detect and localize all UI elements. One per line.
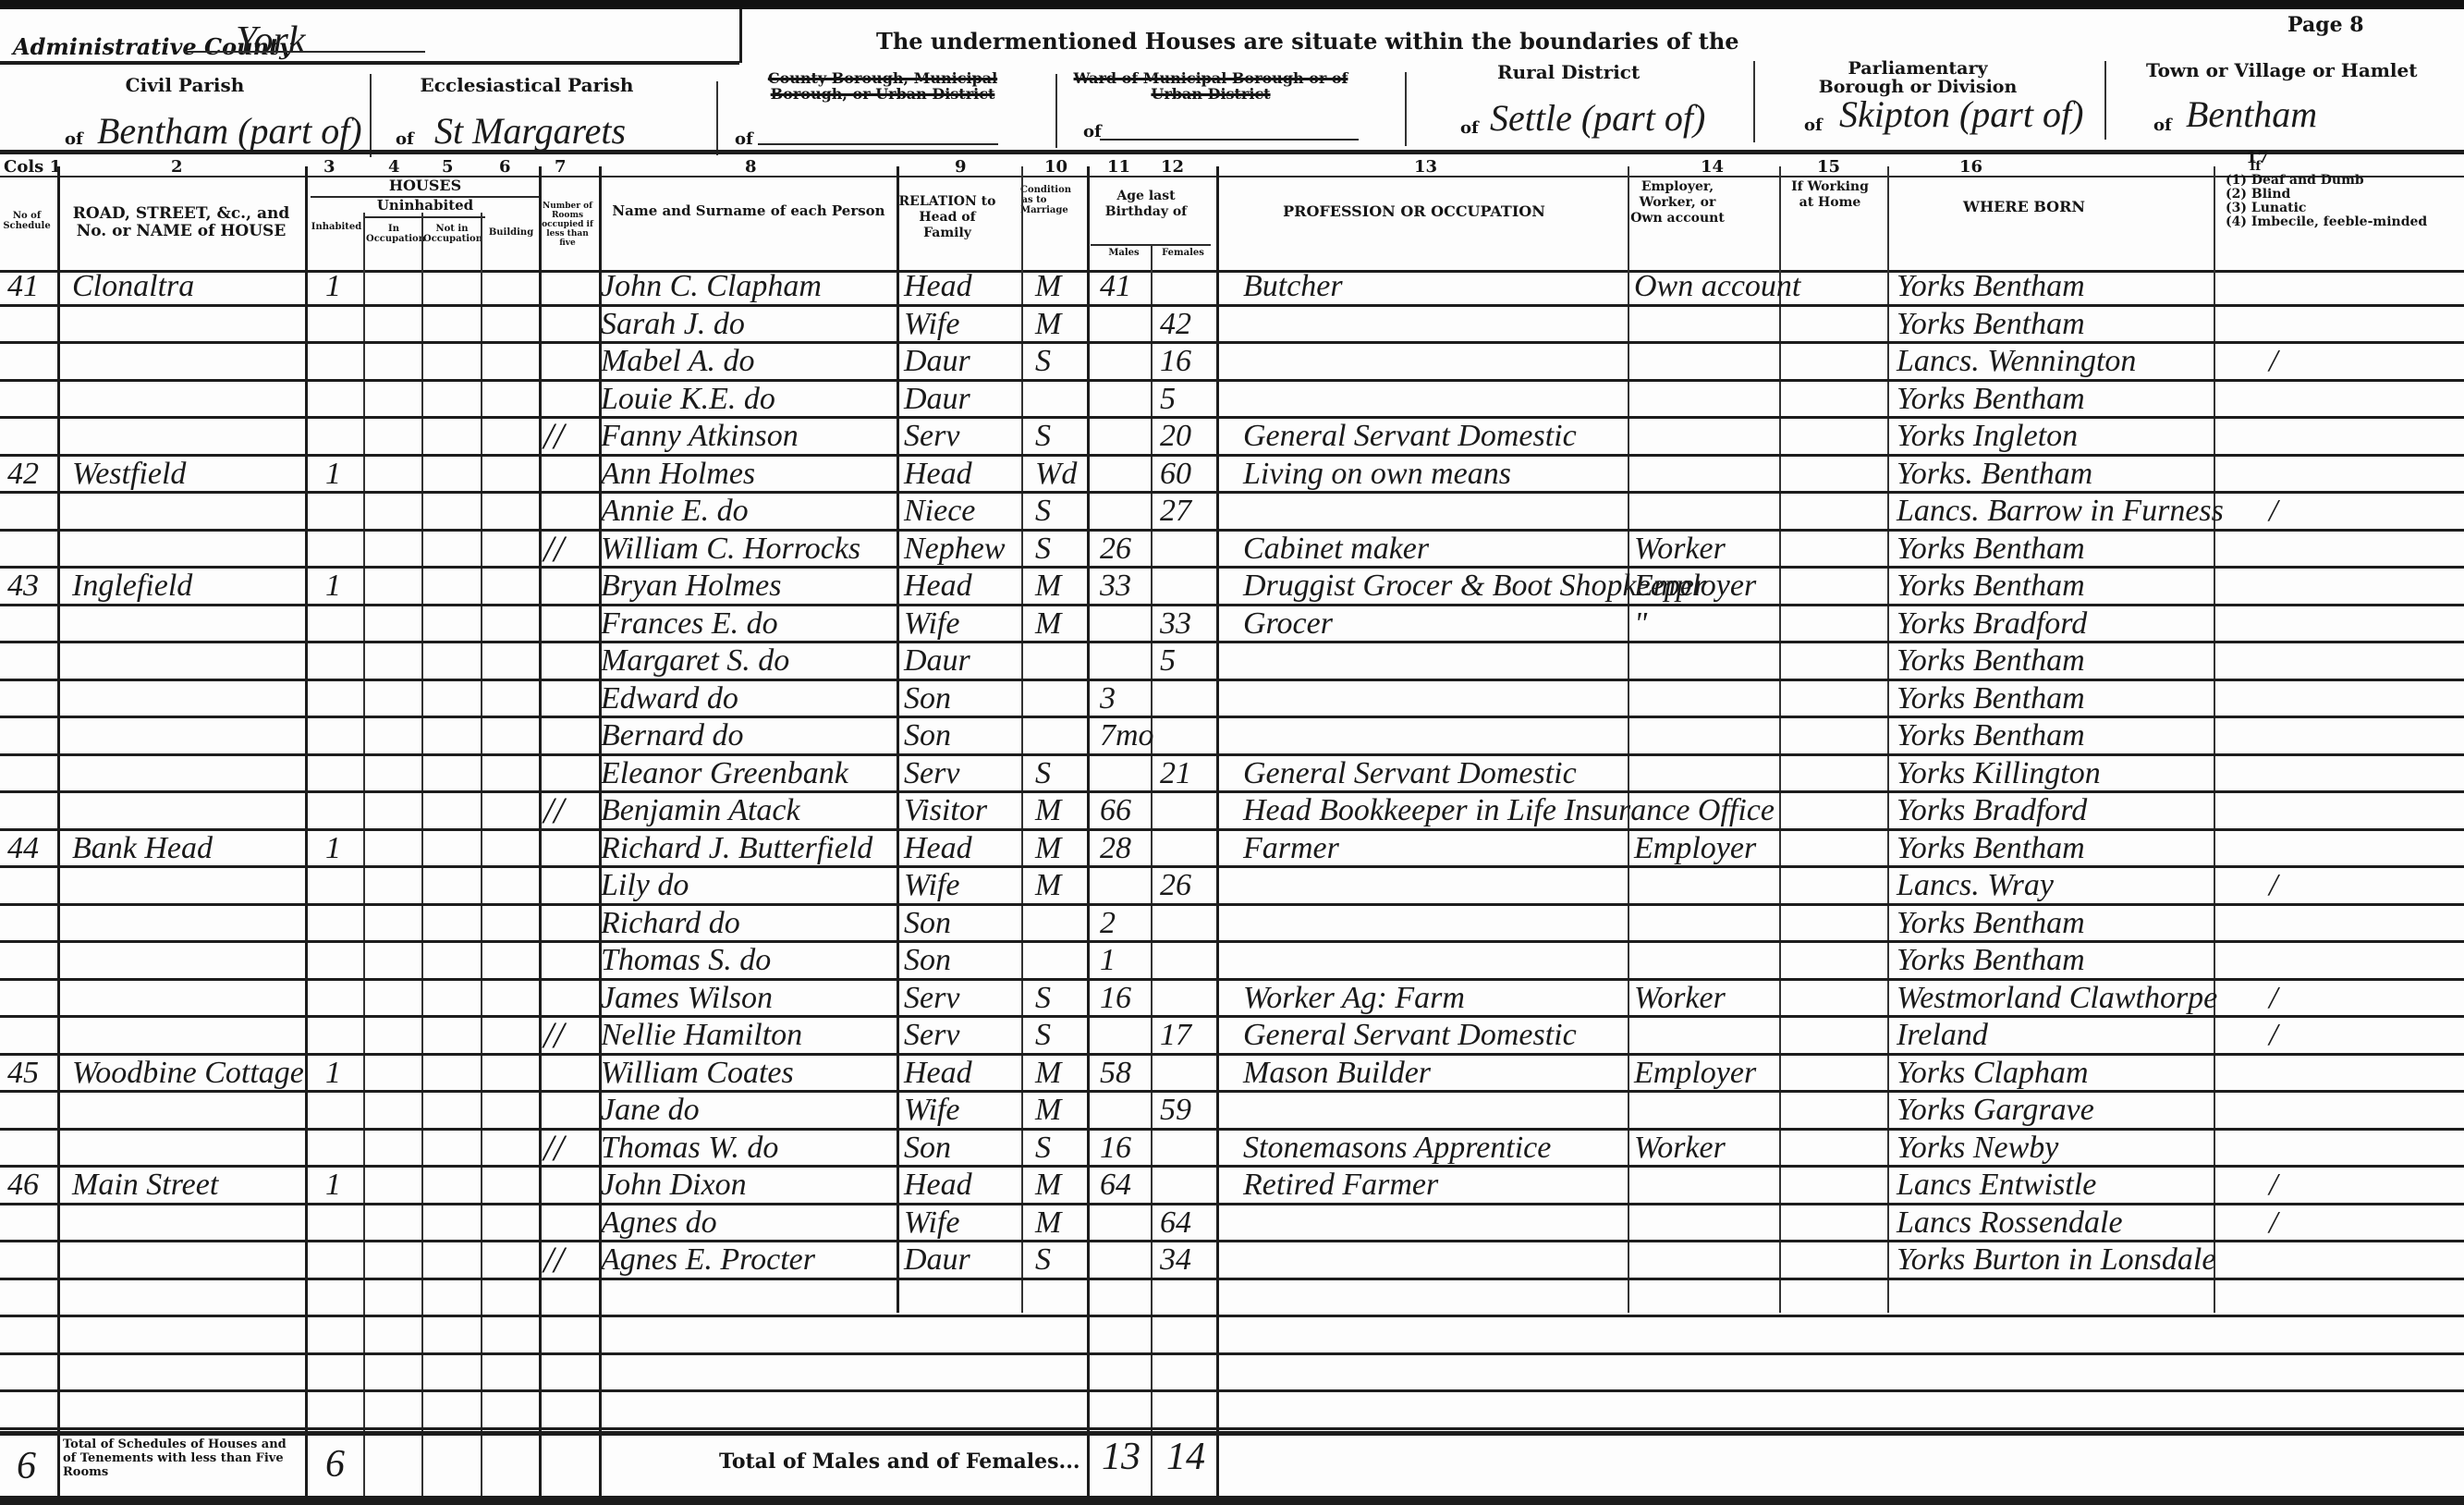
person-name: Bryan Holmes xyxy=(601,568,781,605)
rooms-mark: // xyxy=(543,1130,564,1167)
employment-status: Worker xyxy=(1634,1130,1726,1167)
ecclesiastical-parish-label: Ecclesiastical Parish xyxy=(388,74,665,96)
relation: Head xyxy=(904,1055,972,1092)
person-name: Jane do xyxy=(601,1092,700,1129)
person-name: John C. Clapham xyxy=(601,268,822,305)
civil-parish-value: Bentham (part of) xyxy=(97,109,362,153)
where-born: Lancs. Wray xyxy=(1897,867,2054,904)
col-divider-1 xyxy=(57,166,60,1498)
total-females: 14 xyxy=(1166,1435,1205,1479)
person-name: Sarah J. do xyxy=(601,306,745,343)
inhabited-count: 1 xyxy=(325,830,341,867)
relation: Daur xyxy=(904,1242,970,1279)
house-name: Main Street xyxy=(72,1167,218,1204)
where-born: Yorks Bentham xyxy=(1897,642,2085,679)
where-born: Yorks Bentham xyxy=(1897,531,2085,568)
col-num-3: 3 xyxy=(323,157,335,177)
relation: Wife xyxy=(904,867,959,904)
where-born: Yorks. Bentham xyxy=(1897,456,2092,493)
person-name: Frances E. do xyxy=(601,606,778,642)
col-header-not-in-occupation: Not in Occupation xyxy=(423,224,481,244)
col-divider-13 xyxy=(1628,166,1629,1313)
relation: Wife xyxy=(904,1205,959,1242)
infirmity-mark: / xyxy=(2269,1167,2277,1204)
marital-condition: S xyxy=(1035,531,1051,568)
female-age: 34 xyxy=(1160,1242,1191,1279)
col-header-infirmity: (1) Deaf and Dumb (2) Blind (3) Lunatic … xyxy=(2226,174,2457,229)
occupation: Stonemasons Apprentice xyxy=(1243,1130,1551,1167)
col-header-in-occupation: In Occupation xyxy=(366,224,421,244)
marital-condition: S xyxy=(1035,493,1051,530)
inhabited-count: 1 xyxy=(325,268,341,305)
where-born: Yorks Clapham xyxy=(1897,1055,2089,1092)
col-num-1: Cols 1 xyxy=(4,157,61,177)
relation: Son xyxy=(904,1130,951,1167)
where-born: Lancs. Wennington xyxy=(1897,343,2136,380)
row-rule xyxy=(0,416,2464,419)
col-divider-8 xyxy=(897,166,899,1313)
where-born: Yorks Bentham xyxy=(1897,680,2085,717)
col-num-14: 14 xyxy=(1701,157,1724,177)
col-header-working-home: If Working at Home xyxy=(1784,179,1876,211)
col-header-if: If xyxy=(2237,162,2274,172)
relation: Son xyxy=(904,680,951,717)
person-name: Lily do xyxy=(601,867,689,904)
person-name: Agnes E. Procter xyxy=(601,1242,815,1279)
person-name: John Dixon xyxy=(601,1167,747,1204)
male-age: 16 xyxy=(1100,1130,1131,1167)
empty-row-rule xyxy=(0,1427,2464,1430)
marital-condition: Wd xyxy=(1035,456,1077,493)
house-name: Westfield xyxy=(72,456,186,493)
marital-condition: M xyxy=(1035,1092,1061,1129)
occupation: Head Bookkeeper in Life Insurance Office xyxy=(1243,792,1775,829)
marital-condition: M xyxy=(1035,1055,1061,1092)
col-header-name: Name and Surname of each Person xyxy=(610,203,887,219)
town-village-value: Bentham xyxy=(2186,92,2317,136)
relation: Son xyxy=(904,717,951,754)
ward-underline xyxy=(1100,139,1359,141)
marital-condition: M xyxy=(1035,268,1061,305)
relation: Wife xyxy=(904,306,959,343)
male-age: 3 xyxy=(1100,680,1116,717)
col-header-occupation: PROFESSION OR OCCUPATION xyxy=(1229,203,1599,219)
row-rule xyxy=(0,566,2464,569)
relation: Head xyxy=(904,830,972,867)
where-born: Lancs Rossendale xyxy=(1897,1205,2123,1242)
person-name: Bernard do xyxy=(601,717,744,754)
divider-6 xyxy=(2104,61,2106,140)
female-age: 5 xyxy=(1160,381,1176,418)
col-header-age: Age last Birthday of xyxy=(1100,189,1192,220)
employment-status: Employer xyxy=(1634,568,1756,605)
relation: Serv xyxy=(904,418,959,455)
inhabited-count: 1 xyxy=(325,456,341,493)
person-name: Richard do xyxy=(601,905,740,942)
marital-condition: M xyxy=(1035,1167,1061,1204)
person-name: Thomas S. do xyxy=(601,942,771,979)
row-rule xyxy=(0,679,2464,681)
col-divider-14 xyxy=(1779,166,1781,1313)
parliamentary-borough-of: of xyxy=(1804,116,1823,135)
col-num-10: 10 xyxy=(1044,157,1067,177)
employment-status: " xyxy=(1634,606,1647,642)
relation: Head xyxy=(904,456,972,493)
rooms-mark: // xyxy=(543,1242,564,1279)
admin-county-value: York xyxy=(236,18,306,63)
total-inhabited: 6 xyxy=(325,1442,345,1487)
civil-parish-label: Civil Parish xyxy=(74,74,296,96)
ecclesiastical-parish-value: St Margarets xyxy=(434,109,626,153)
occupation: Farmer xyxy=(1243,830,1339,867)
marital-condition: S xyxy=(1035,343,1051,380)
male-age: 28 xyxy=(1100,830,1131,867)
relation: Serv xyxy=(904,755,959,792)
total-males: 13 xyxy=(1102,1435,1141,1479)
person-name: Benjamin Atack xyxy=(601,792,800,829)
divider-1 xyxy=(370,74,372,157)
row-rule xyxy=(0,940,2464,943)
relation: Son xyxy=(904,905,951,942)
marital-condition: M xyxy=(1035,1205,1061,1242)
marital-condition: M xyxy=(1035,306,1061,343)
rural-district-value: Settle (part of) xyxy=(1490,96,1705,140)
row-rule xyxy=(0,641,2464,643)
total-males-females-label: Total of Males and of Females... xyxy=(719,1450,1080,1474)
where-born: Westmorland Clawthorpe xyxy=(1897,980,2217,1017)
col-divider-5 xyxy=(481,213,482,1498)
relation: Daur xyxy=(904,642,970,679)
male-age: 16 xyxy=(1100,980,1131,1017)
female-age: 42 xyxy=(1160,306,1191,343)
person-name: Richard J. Butterfield xyxy=(601,830,872,867)
col-header-males: Males xyxy=(1096,248,1152,258)
row-rule xyxy=(0,454,2464,457)
occupation: Butcher xyxy=(1243,268,1343,305)
male-age: 33 xyxy=(1100,568,1131,605)
row-rule xyxy=(0,828,2464,831)
ward-label: Ward of Municipal Borough or of Urban Di… xyxy=(1072,70,1349,102)
marital-condition: S xyxy=(1035,755,1051,792)
col-header-uninhabited: Uninhabited xyxy=(365,198,485,214)
person-name: William C. Horrocks xyxy=(601,531,860,568)
admin-county-underline xyxy=(185,51,425,53)
row-rule xyxy=(0,865,2464,868)
inhabited-count: 1 xyxy=(325,1055,341,1092)
schedule-number: 42 xyxy=(7,456,39,493)
relation: Daur xyxy=(904,381,970,418)
row-rule xyxy=(0,604,2464,606)
marital-condition: S xyxy=(1035,1130,1051,1167)
row-rule xyxy=(0,1128,2464,1131)
where-born: Yorks Bentham xyxy=(1897,381,2085,418)
where-born: Yorks Bentham xyxy=(1897,717,2085,754)
col-divider-11 xyxy=(1151,245,1153,1498)
town-village-of: of xyxy=(2153,116,2172,135)
col-header-where-born: WHERE BORN xyxy=(1885,199,2163,214)
col-divider-12 xyxy=(1216,166,1219,1498)
schedule-number: 44 xyxy=(7,830,39,867)
house-name: Bank Head xyxy=(72,830,213,867)
where-born: Yorks Bentham xyxy=(1897,942,2085,979)
person-name: Mabel A. do xyxy=(601,343,755,380)
row-rule xyxy=(0,790,2464,793)
col-num-15: 15 xyxy=(1817,157,1840,177)
header-bottom-rule xyxy=(0,150,2464,154)
divider-4 xyxy=(1405,72,1407,146)
col-divider-9 xyxy=(1021,166,1023,1313)
where-born: Yorks Bentham xyxy=(1897,830,2085,867)
person-name: Agnes do xyxy=(601,1205,717,1242)
infirmity-mark: / xyxy=(2269,867,2277,904)
male-age: 7mo xyxy=(1100,717,1154,754)
marital-condition: S xyxy=(1035,1017,1051,1054)
uninhabited-underline xyxy=(365,216,485,218)
male-age: 58 xyxy=(1100,1055,1131,1092)
occupation: General Servant Domestic xyxy=(1243,418,1577,455)
col-divider-15 xyxy=(1887,166,1889,1313)
admin-county-box-bottom xyxy=(0,61,739,65)
col-num-4: 4 xyxy=(388,157,400,177)
relation: Niece xyxy=(904,493,975,530)
col-header-schedule: No of Schedule xyxy=(2,211,52,231)
occupation: Cabinet maker xyxy=(1243,531,1429,568)
person-name: James Wilson xyxy=(601,980,773,1017)
where-born: Yorks Newby xyxy=(1897,1130,2058,1167)
relation: Head xyxy=(904,268,972,305)
male-age: 1 xyxy=(1100,942,1116,979)
col-num-12: 12 xyxy=(1161,157,1184,177)
male-age: 26 xyxy=(1100,531,1131,568)
female-age: 64 xyxy=(1160,1205,1191,1242)
empty-row-rule xyxy=(0,1315,2464,1317)
person-name: Annie E. do xyxy=(601,493,749,530)
marital-condition: S xyxy=(1035,980,1051,1017)
col-num-7: 7 xyxy=(555,157,567,177)
relation: Son xyxy=(904,942,951,979)
rural-district-label: Rural District xyxy=(1497,61,1640,83)
col-header-inhabited: Inhabited xyxy=(311,222,362,232)
rooms-mark: // xyxy=(543,418,564,455)
county-borough-label: County Borough, Municipal Borough, or Ur… xyxy=(730,70,1035,102)
relation: Nephew xyxy=(904,531,1006,568)
county-borough-of: of xyxy=(735,129,753,149)
female-age: 20 xyxy=(1160,418,1191,455)
employment-status: Own account xyxy=(1634,268,1800,305)
empty-row-rule xyxy=(0,1389,2464,1392)
female-age: 59 xyxy=(1160,1092,1191,1129)
col-header-females: Females xyxy=(1155,248,1211,258)
total-schedules-count: 6 xyxy=(17,1444,36,1488)
col-header-condition: Condition as to Marriage xyxy=(1020,185,1048,215)
house-name: Woodbine Cottage xyxy=(72,1055,304,1092)
ecclesiastical-parish-of: of xyxy=(396,129,414,149)
person-name: Edward do xyxy=(601,680,738,717)
row-rule xyxy=(0,379,2464,382)
relation: Wife xyxy=(904,1092,959,1129)
rooms-mark: // xyxy=(543,531,564,568)
relation: Serv xyxy=(904,1017,959,1054)
census-page: Page 8 Administrative County York The un… xyxy=(0,0,2464,1505)
employment-status: Employer xyxy=(1634,830,1756,867)
where-born: Yorks Bentham xyxy=(1897,268,2085,305)
marital-condition: M xyxy=(1035,867,1061,904)
relation: Serv xyxy=(904,980,959,1017)
col-num-16: 16 xyxy=(1959,157,1982,177)
person-name: William Coates xyxy=(601,1055,794,1092)
inhabited-count: 1 xyxy=(325,1167,341,1204)
where-born: Yorks Bentham xyxy=(1897,306,2085,343)
divider-3 xyxy=(1055,74,1057,148)
col-header-employer: Employer, Worker, or Own account xyxy=(1627,179,1728,226)
boundary-statement: The undermentioned Houses are situate wi… xyxy=(876,28,1739,55)
person-name: Margaret S. do xyxy=(601,642,789,679)
occupation: Grocer xyxy=(1243,606,1333,642)
col-divider-10 xyxy=(1087,166,1090,1498)
infirmity-mark: / xyxy=(2269,980,2277,1017)
total-schedules-label: Total of Schedules of Houses and of Tene… xyxy=(63,1438,299,1479)
male-age: 66 xyxy=(1100,792,1131,829)
col-num-2: 2 xyxy=(171,157,183,177)
col-header-road: ROAD, STREET, &c., and No. or NAME of HO… xyxy=(61,205,301,240)
person-name: Nellie Hamilton xyxy=(601,1017,802,1054)
where-born: Yorks Bentham xyxy=(1897,568,2085,605)
relation: Head xyxy=(904,1167,972,1204)
infirmity-mark: / xyxy=(2269,1205,2277,1242)
rooms-mark: // xyxy=(543,792,564,829)
row-rule xyxy=(0,1053,2464,1056)
col-divider-16 xyxy=(2214,166,2215,1313)
occupation: Worker Ag: Farm xyxy=(1243,980,1465,1017)
male-age: 64 xyxy=(1100,1167,1131,1204)
where-born: Yorks Bradford xyxy=(1897,606,2087,642)
col-divider-6 xyxy=(539,166,542,1498)
col-divider-4 xyxy=(421,213,423,1498)
row-rule xyxy=(0,1090,2464,1093)
marital-condition: S xyxy=(1035,1242,1051,1279)
relation: Visitor xyxy=(904,792,987,829)
infirmity-mark: / xyxy=(2269,343,2277,380)
house-name: Clonaltra xyxy=(72,268,194,305)
person-name: Fanny Atkinson xyxy=(601,418,799,455)
occupation: General Servant Domestic xyxy=(1243,1017,1577,1054)
person-name: Louie K.E. do xyxy=(601,381,775,418)
person-name: Eleanor Greenbank xyxy=(601,755,848,792)
relation: Head xyxy=(904,568,972,605)
employment-status: Worker xyxy=(1634,531,1726,568)
col-divider-2 xyxy=(305,166,308,1498)
col-num-6: 6 xyxy=(499,157,511,177)
page-number: Page 8 xyxy=(2287,13,2364,37)
parliamentary-borough-label: Parliamentary Borough or Division xyxy=(1807,59,2029,96)
infirmity-mark: / xyxy=(2269,1017,2277,1054)
where-born: Yorks Gargrave xyxy=(1897,1092,2094,1129)
person-name: Thomas W. do xyxy=(601,1130,778,1167)
col-num-13: 13 xyxy=(1414,157,1437,177)
marital-condition: M xyxy=(1035,830,1061,867)
where-born: Lancs Entwistle xyxy=(1897,1167,2096,1204)
employment-status: Worker xyxy=(1634,980,1726,1017)
parliamentary-borough-value: Skipton (part of) xyxy=(1839,92,2083,136)
col-num-11: 11 xyxy=(1107,157,1130,177)
schedule-number: 46 xyxy=(7,1167,39,1204)
where-born: Yorks Killington xyxy=(1897,755,2101,792)
where-born: Lancs. Barrow in Furness xyxy=(1897,493,2224,530)
row-rule xyxy=(0,1278,2464,1280)
female-age: 21 xyxy=(1160,755,1191,792)
ward-of: of xyxy=(1083,122,1102,141)
schedule-number: 41 xyxy=(7,268,39,305)
totals-top-rule xyxy=(0,1431,2464,1436)
where-born: Yorks Bradford xyxy=(1897,792,2087,829)
empty-row-rule xyxy=(0,1352,2464,1355)
occupation: Living on own means xyxy=(1243,456,1511,493)
marital-condition: M xyxy=(1035,792,1061,829)
employment-status: Employer xyxy=(1634,1055,1756,1092)
marital-condition: S xyxy=(1035,418,1051,455)
col-header-rooms: Number of Rooms occupied if less than fi… xyxy=(540,202,595,248)
row-rule xyxy=(0,529,2464,532)
occupation: Mason Builder xyxy=(1243,1055,1431,1092)
occupation: Retired Farmer xyxy=(1243,1167,1438,1204)
house-name: Inglefield xyxy=(72,568,192,605)
column-header-bottom-rule xyxy=(0,270,2464,273)
civil-parish-of: of xyxy=(65,129,83,149)
female-age: 5 xyxy=(1160,642,1176,679)
admin-county-box-right xyxy=(739,9,742,63)
person-name: Ann Holmes xyxy=(601,456,755,493)
female-age: 17 xyxy=(1160,1017,1191,1054)
marital-condition: M xyxy=(1035,606,1061,642)
marital-condition: M xyxy=(1035,568,1061,605)
occupation: General Servant Domestic xyxy=(1243,755,1577,792)
row-rule xyxy=(0,716,2464,718)
rooms-mark: // xyxy=(543,1017,564,1054)
where-born: Yorks Burton in Lonsdale xyxy=(1897,1242,2215,1279)
divider-5 xyxy=(1753,61,1755,142)
row-rule xyxy=(0,903,2464,906)
relation: Daur xyxy=(904,343,970,380)
female-age: 33 xyxy=(1160,606,1191,642)
female-age: 16 xyxy=(1160,343,1191,380)
where-born: Yorks Ingleton xyxy=(1897,418,2078,455)
col-header-building: Building xyxy=(482,227,540,238)
divider-2 xyxy=(716,81,718,155)
rural-district-of: of xyxy=(1460,118,1479,138)
male-age: 2 xyxy=(1100,905,1116,942)
col-num-8: 8 xyxy=(745,157,757,177)
schedule-number: 43 xyxy=(7,568,39,605)
female-age: 26 xyxy=(1160,867,1191,904)
male-age: 41 xyxy=(1100,268,1131,305)
col-num-5: 5 xyxy=(442,157,454,177)
col-header-relation: RELATION to Head of Family xyxy=(897,194,998,241)
female-age: 60 xyxy=(1160,456,1191,493)
where-born: Ireland xyxy=(1897,1017,1988,1054)
col-num-9: 9 xyxy=(955,157,967,177)
relation: Wife xyxy=(904,606,959,642)
female-age: 27 xyxy=(1160,493,1191,530)
page-bottom-rule xyxy=(0,1496,2464,1505)
town-village-label: Town or Village or Hamlet xyxy=(2146,59,2418,81)
row-rule xyxy=(0,1015,2464,1018)
inhabited-count: 1 xyxy=(325,568,341,605)
schedule-number: 45 xyxy=(7,1055,39,1092)
where-born: Yorks Bentham xyxy=(1897,905,2085,942)
infirmity-mark: / xyxy=(2269,493,2277,530)
top-border xyxy=(0,0,2464,9)
col-header-houses: HOUSES xyxy=(305,177,545,193)
